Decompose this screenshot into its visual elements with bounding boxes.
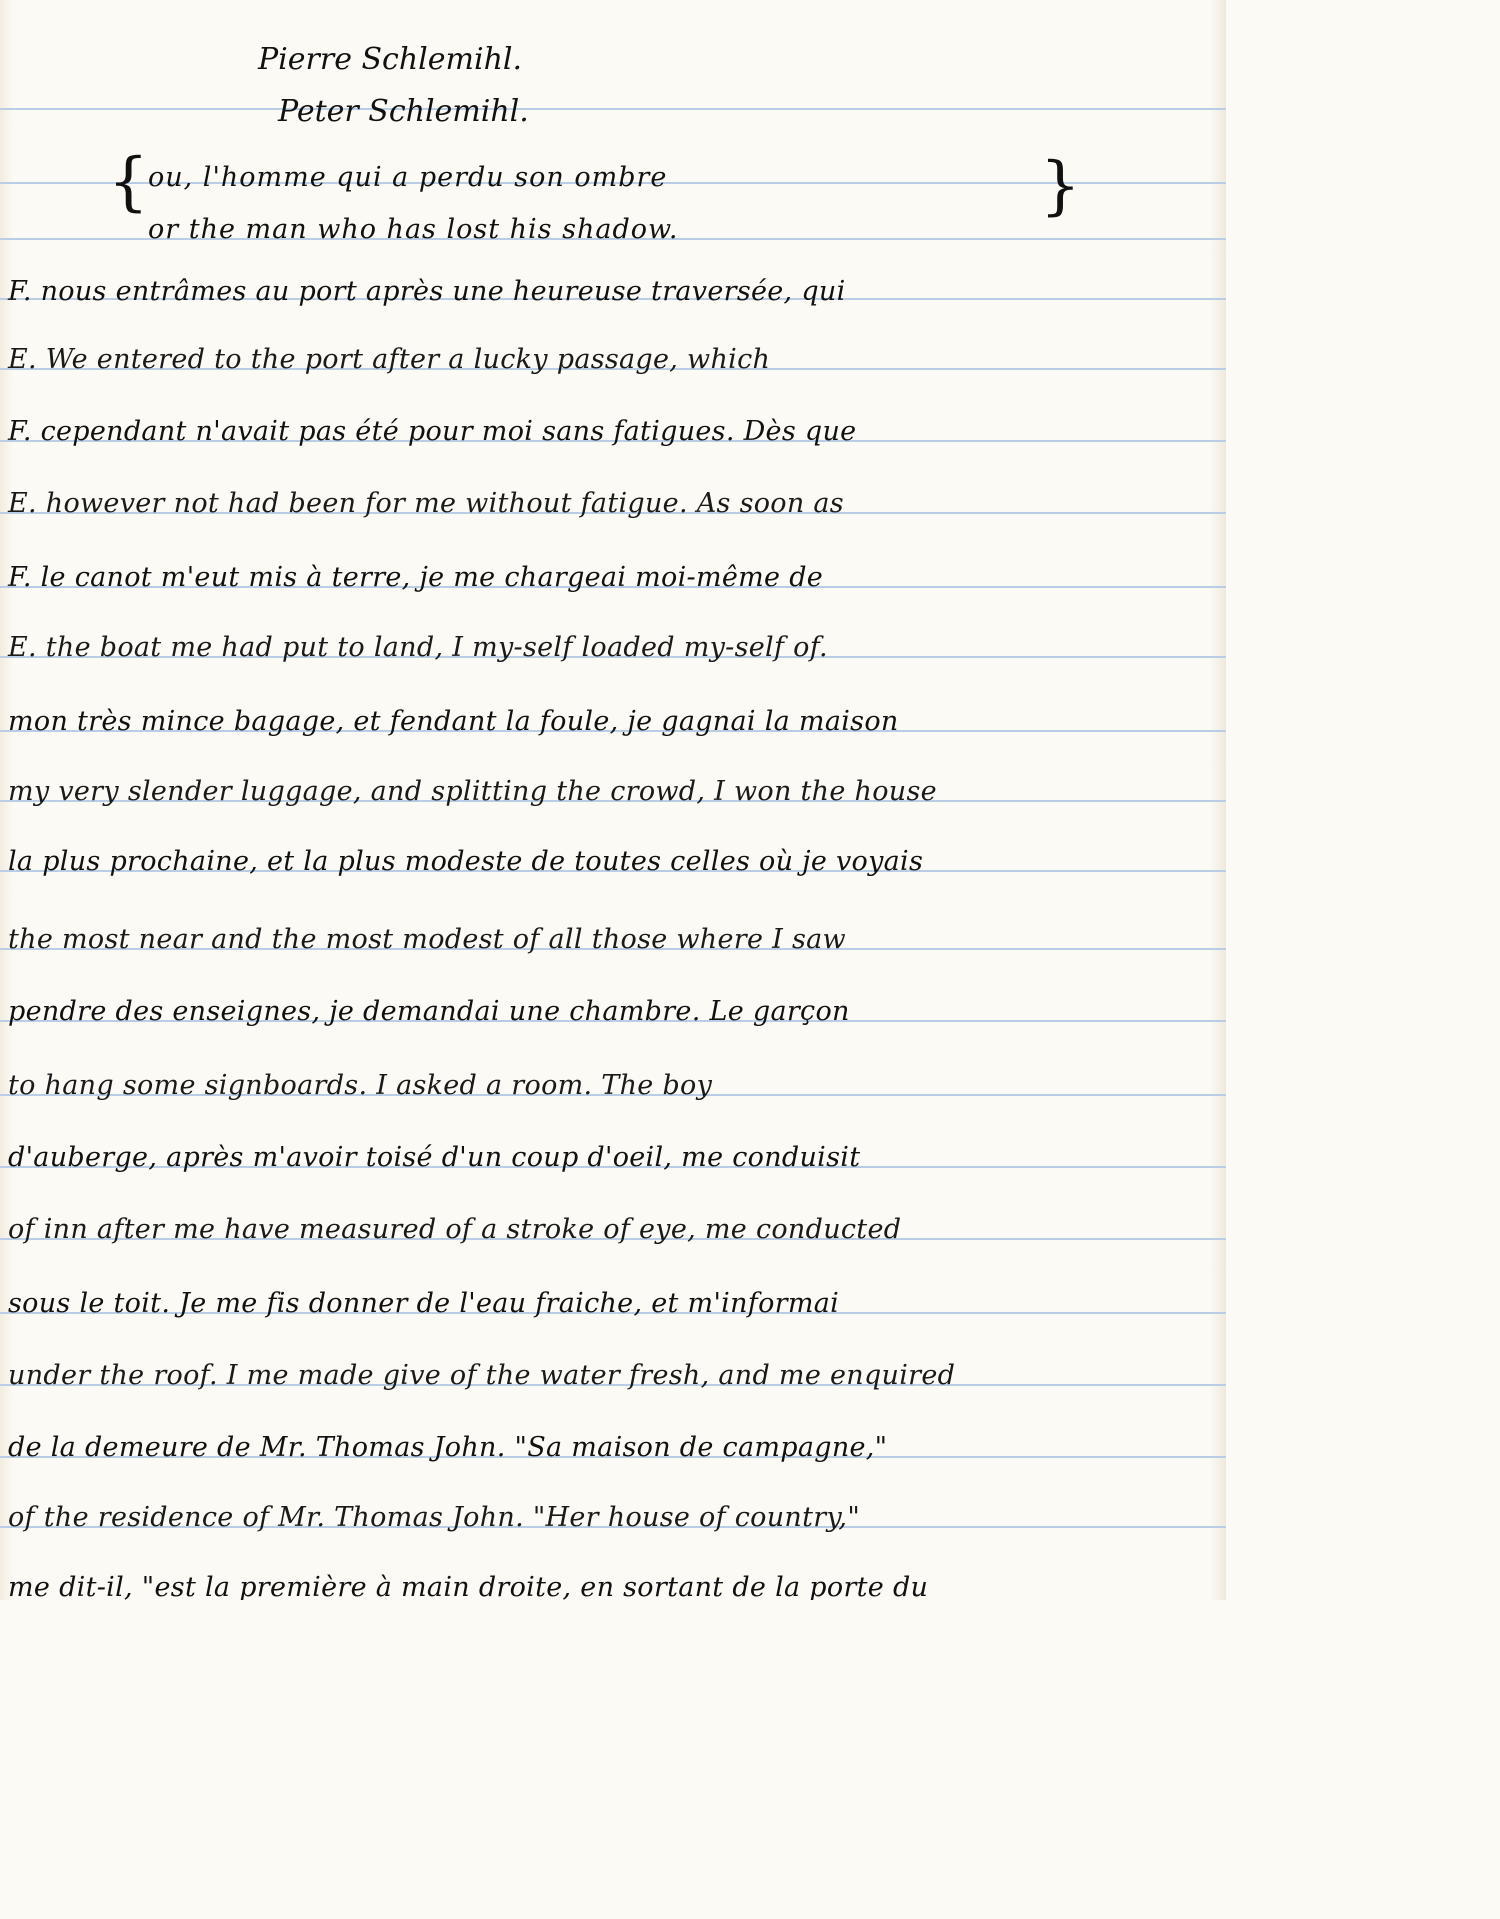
title-french: Pierre Schlemihl. bbox=[258, 42, 522, 77]
manuscript-line-english: E. the boat me had put to land, I my-sel… bbox=[8, 632, 1216, 663]
manuscript-line-english: of the residence of Mr. Thomas John. "He… bbox=[8, 1502, 1216, 1533]
manuscript-line-english: the most near and the most modest of all… bbox=[8, 924, 1216, 955]
manuscript-line-english: E. however not had been for me without f… bbox=[8, 488, 1216, 519]
manuscript-line-french: pendre des enseignes, je demandai une ch… bbox=[8, 996, 1216, 1027]
manuscript-line-french: sous le toit. Je me fis donner de l'eau … bbox=[8, 1288, 1216, 1319]
manuscript-line-english: to hang some signboards. I asked a room.… bbox=[8, 1070, 1216, 1101]
manuscript-line-french: la plus prochaine, et la plus modeste de… bbox=[8, 846, 1216, 877]
right-brace: } bbox=[1040, 154, 1081, 218]
subtitle-french: ou, l'homme qui a perdu son ombre bbox=[148, 162, 667, 193]
manuscript-line-french: mon très mince bagage, et fendant la fou… bbox=[8, 706, 1216, 737]
manuscript-line-english: of inn after me have measured of a strok… bbox=[8, 1214, 1216, 1245]
manuscript-line-french: F. cependant n'avait pas été pour moi sa… bbox=[8, 416, 1216, 447]
manuscript-line-english: under the roof. I me made give of the wa… bbox=[8, 1360, 1216, 1391]
manuscript-line-french: F. le canot m'eut mis à terre, je me cha… bbox=[8, 562, 1216, 593]
manuscript-line-english: my very slender luggage, and splitting t… bbox=[8, 776, 1216, 807]
left-brace: { bbox=[108, 150, 149, 214]
subtitle-english: or the man who has lost his shadow. bbox=[148, 214, 679, 245]
manuscript-line-french: d'auberge, après m'avoir toisé d'un coup… bbox=[8, 1142, 1216, 1173]
manuscript-line-french: de la demeure de Mr. Thomas John. "Sa ma… bbox=[8, 1432, 1216, 1463]
manuscript-line-french: me dit-il, "est la première à main droit… bbox=[8, 1572, 1216, 1600]
manuscript-page: Pierre Schlemihl. Peter Schlemihl. { } o… bbox=[0, 0, 1226, 1600]
ruled-line bbox=[0, 108, 1226, 110]
manuscript-line-french: F. nous entrâmes au port après une heure… bbox=[8, 276, 1216, 307]
manuscript-line-english: E. We entered to the port after a lucky … bbox=[8, 344, 1216, 375]
title-english: Peter Schlemihl. bbox=[278, 94, 529, 129]
